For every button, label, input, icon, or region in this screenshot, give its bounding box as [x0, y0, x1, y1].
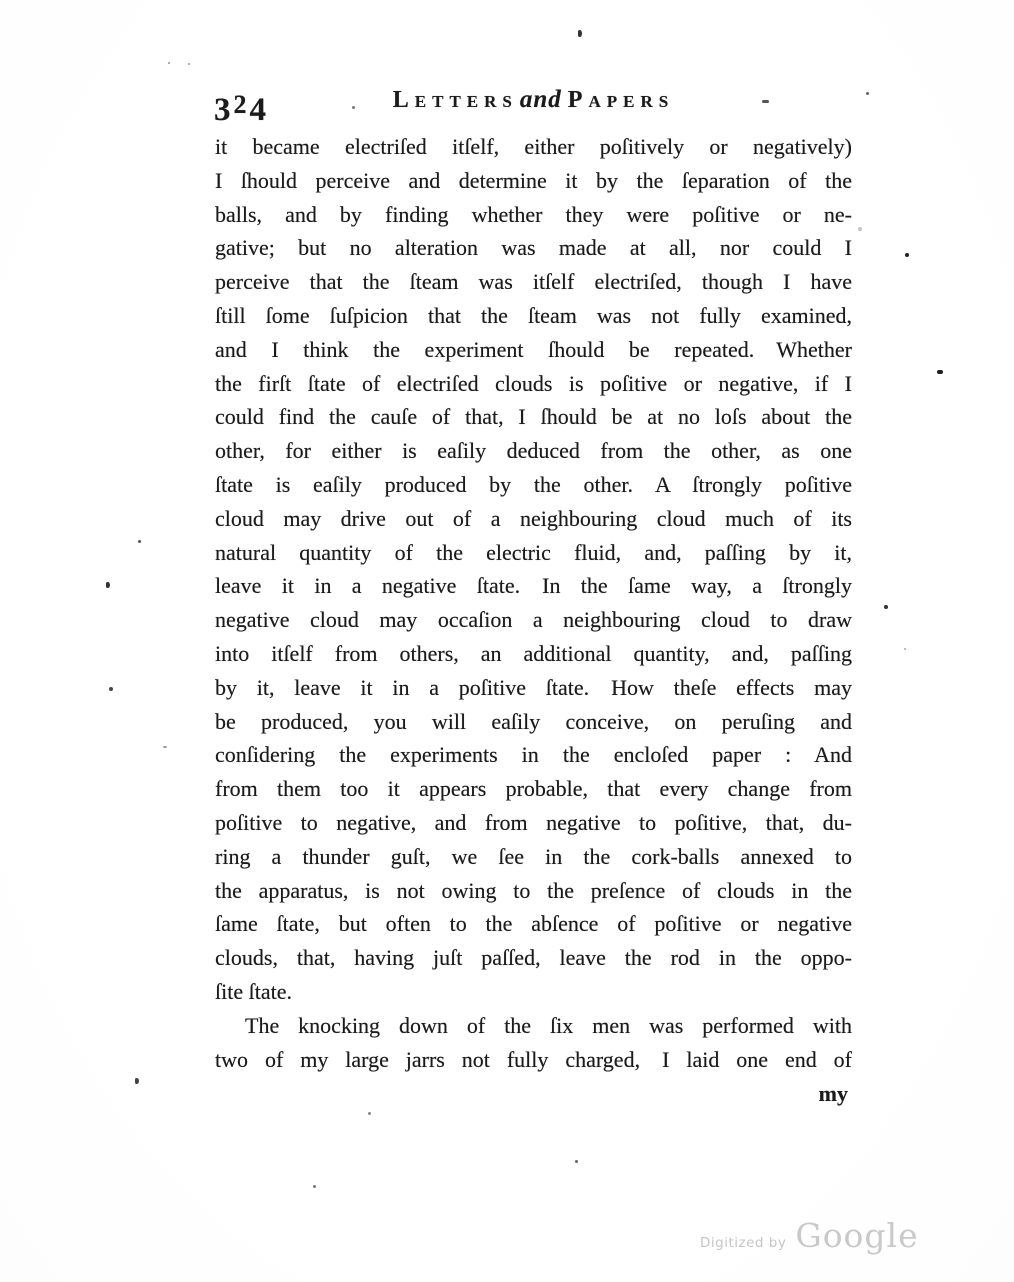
scan-speck — [578, 30, 582, 37]
scan-speck — [866, 92, 869, 95]
text-line: gative; but no alteration was made at al… — [215, 231, 852, 265]
scan-speck — [168, 62, 170, 64]
scan-speck — [575, 1160, 578, 1163]
text-line: two of my large jarrs not fully charged,… — [215, 1043, 852, 1077]
scan-speck — [313, 1185, 316, 1188]
text-line: ſite ſtate. — [215, 975, 852, 1009]
running-header: LettersandPapers — [215, 86, 852, 114]
text-line: The knocking down of the ſix men was per… — [215, 1009, 852, 1043]
text-line: poſitive to negative, and from negative … — [215, 806, 852, 840]
text-line: ſtate is eaſily produced by the other. A… — [215, 468, 852, 502]
text-line: natural quantity of the electric fluid, … — [215, 536, 852, 570]
scan-speck — [352, 106, 355, 109]
text-line: other, for either is eaſily deduced from… — [215, 434, 852, 468]
digitization-watermark: Digitized by Google — [700, 1216, 919, 1255]
text-line: perceive that the ſteam was itſelf elect… — [215, 265, 852, 299]
text-line: negative cloud may occaſion a neighbouri… — [215, 603, 852, 637]
text-line: by it, leave it in a poſitive ſtate. How… — [215, 671, 852, 705]
scanned-book-page: 324 LettersandPapers it became electriſe… — [0, 0, 1014, 1282]
scan-speck — [858, 227, 862, 231]
text-line: from them too it appears probable, that … — [215, 772, 852, 806]
google-logo: Google — [795, 1216, 918, 1255]
scan-speck — [163, 746, 167, 748]
scan-speck — [188, 63, 190, 65]
scan-speck — [904, 648, 906, 650]
text-line: ſtill ſome ſuſpicion that the ſteam was … — [215, 299, 852, 333]
text-line: the firſt ſtate of electriſed clouds is … — [215, 367, 852, 401]
text-line: into itſelf from others, an additional q… — [215, 637, 852, 671]
scan-speck — [368, 1112, 371, 1115]
text-line: balls, and by finding whether they were … — [215, 198, 852, 232]
scan-speck — [884, 605, 888, 609]
text-line: and I think the experiment ſhould be rep… — [215, 333, 852, 367]
text-line: leave it in a negative ſtate. In the ſam… — [215, 569, 852, 603]
text-line: be produced, you will eaſily conceive, o… — [215, 705, 852, 739]
text-line: I ſhould perceive and determine it by th… — [215, 164, 852, 198]
scan-speck — [762, 100, 769, 103]
header-word-and: and — [520, 86, 562, 113]
text-line: conſidering the experiments in the enclo… — [215, 738, 852, 772]
text-line: could find the cauſe of that, I ſhould b… — [215, 400, 852, 434]
paragraph-1: it became electriſed itſelf, either poſi… — [215, 130, 852, 1009]
catchword: my — [215, 1081, 852, 1107]
body-text: it became electriſed itſelf, either poſi… — [215, 130, 852, 1076]
text-line: the apparatus, is not owing to the preſe… — [215, 874, 852, 908]
scan-speck — [135, 1078, 139, 1084]
watermark-prefix: Digitized by — [700, 1235, 786, 1251]
text-line: it became electriſed itſelf, either poſi… — [215, 130, 852, 164]
text-line: clouds, that, having juſt paſſed, leave … — [215, 941, 852, 975]
text-line: ring a thunder guſt, we ſee in the cork-… — [215, 840, 852, 874]
scan-speck — [937, 370, 943, 374]
text-line: cloud may drive out of a neighbouring cl… — [215, 502, 852, 536]
header-word-letters: Letters — [393, 87, 518, 113]
header-word-papers: Papers — [568, 87, 674, 113]
scan-speck — [905, 253, 909, 257]
text-line: ſame ſtate, but often to the abſence of … — [215, 907, 852, 941]
scan-speck — [138, 540, 141, 543]
scan-speck — [109, 687, 113, 691]
paragraph-2: The knocking down of the ſix men was per… — [215, 1009, 852, 1077]
scan-speck — [106, 582, 110, 588]
